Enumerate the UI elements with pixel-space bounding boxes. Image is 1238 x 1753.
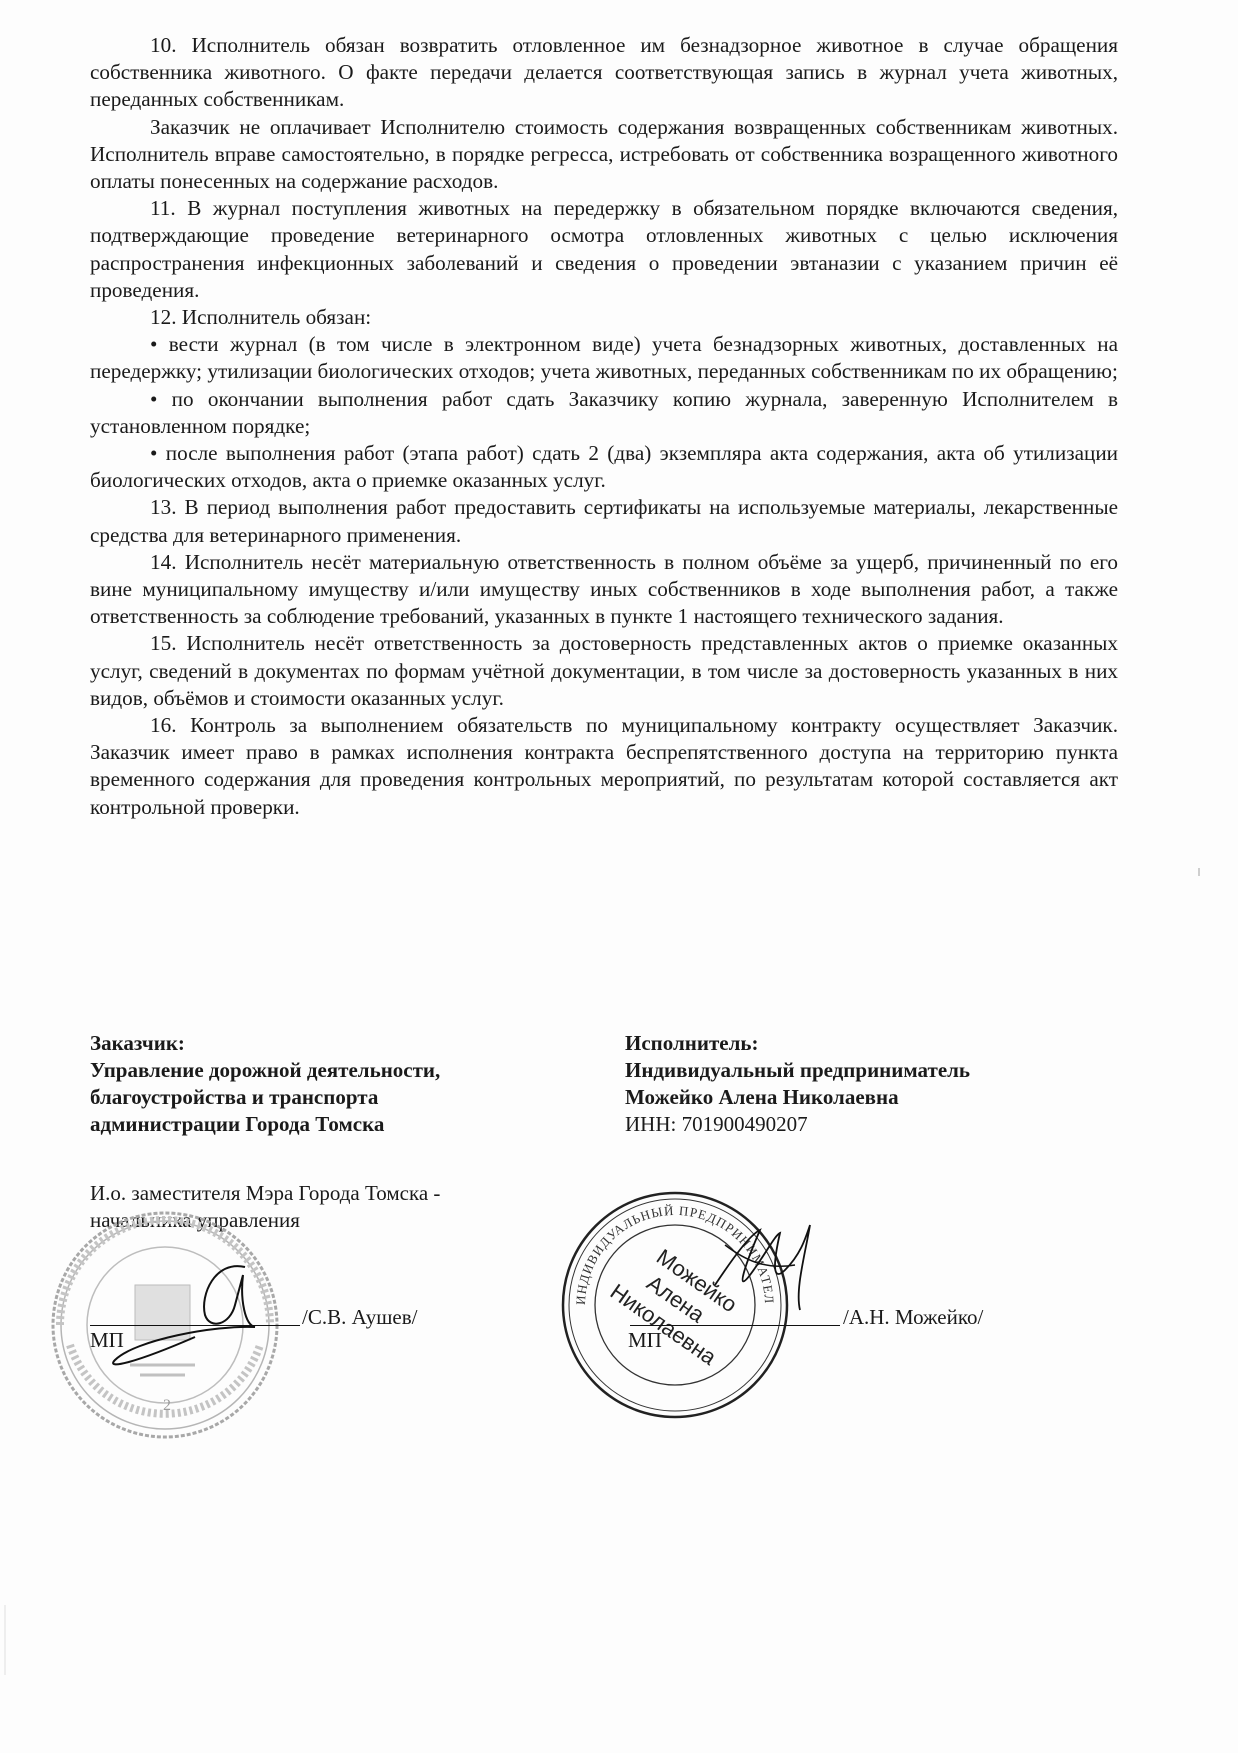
contractor-inn: ИНН: 701900490207	[625, 1111, 1105, 1138]
contractor-block: Исполнитель: Индивидуальный предпринимат…	[625, 1030, 1105, 1138]
contractor-handwritten-signature-icon	[705, 1215, 835, 1325]
paragraph-12-bullet-copy: • по окончании выполнения работ сдать За…	[90, 386, 1118, 440]
paragraph-11: 11. В журнал поступления животных на пер…	[90, 195, 1118, 304]
customer-block: Заказчик: Управление дорожной деятельнос…	[90, 1030, 560, 1138]
paragraph-16: 16. Контроль за выполнением обязательств…	[90, 712, 1118, 821]
customer-org-line-2: благоустройства и транспорта	[90, 1084, 560, 1111]
contractor-heading: Исполнитель:	[625, 1030, 1105, 1057]
document-page: 10. Исполнитель обязан возвратить отловл…	[0, 0, 1238, 1753]
contractor-seal-label: МП	[628, 1328, 662, 1353]
customer-org-line-3: администрации Города Томска	[90, 1111, 560, 1138]
customer-seal-label: МП	[90, 1328, 124, 1353]
customer-heading: Заказчик:	[90, 1030, 560, 1057]
paragraph-10-payment: Заказчик не оплачивает Исполнителю стоим…	[90, 114, 1118, 196]
paragraph-10: 10. Исполнитель обязан возвратить отловл…	[90, 32, 1118, 114]
contractor-org-line-2: Можейко Алена Николаевна	[625, 1084, 1105, 1111]
contractor-signature-line	[630, 1325, 840, 1326]
customer-signer-name: /С.В. Аушев/	[302, 1305, 417, 1330]
document-body: 10. Исполнитель обязан возвратить отловл…	[90, 32, 1118, 821]
contractor-org-line-1: Индивидуальный предприниматель	[625, 1057, 1105, 1084]
paragraph-14: 14. Исполнитель несёт материальную ответ…	[90, 549, 1118, 631]
svg-text:2: 2	[163, 1397, 171, 1414]
scan-artifact-mark	[1198, 868, 1200, 876]
paragraph-15: 15. Исполнитель несёт ответственность за…	[90, 630, 1118, 712]
customer-handwritten-signature-icon	[95, 1255, 305, 1375]
paragraph-12-bullet-acts: • после выполнения работ (этапа работ) с…	[90, 440, 1118, 494]
customer-role-line-1: И.о. заместителя Мэра Города Томска -	[90, 1180, 550, 1207]
paragraph-12: 12. Исполнитель обязан:	[90, 304, 1118, 331]
customer-org-line-1: Управление дорожной деятельности,	[90, 1057, 560, 1084]
paragraph-12-bullet-journal: • вести журнал (в том числе в электронно…	[90, 331, 1118, 385]
paragraph-13: 13. В период выполнения работ предостави…	[90, 494, 1118, 548]
contractor-signer-name: /А.Н. Можейко/	[843, 1305, 983, 1330]
scan-artifact-mark	[4, 1605, 6, 1675]
